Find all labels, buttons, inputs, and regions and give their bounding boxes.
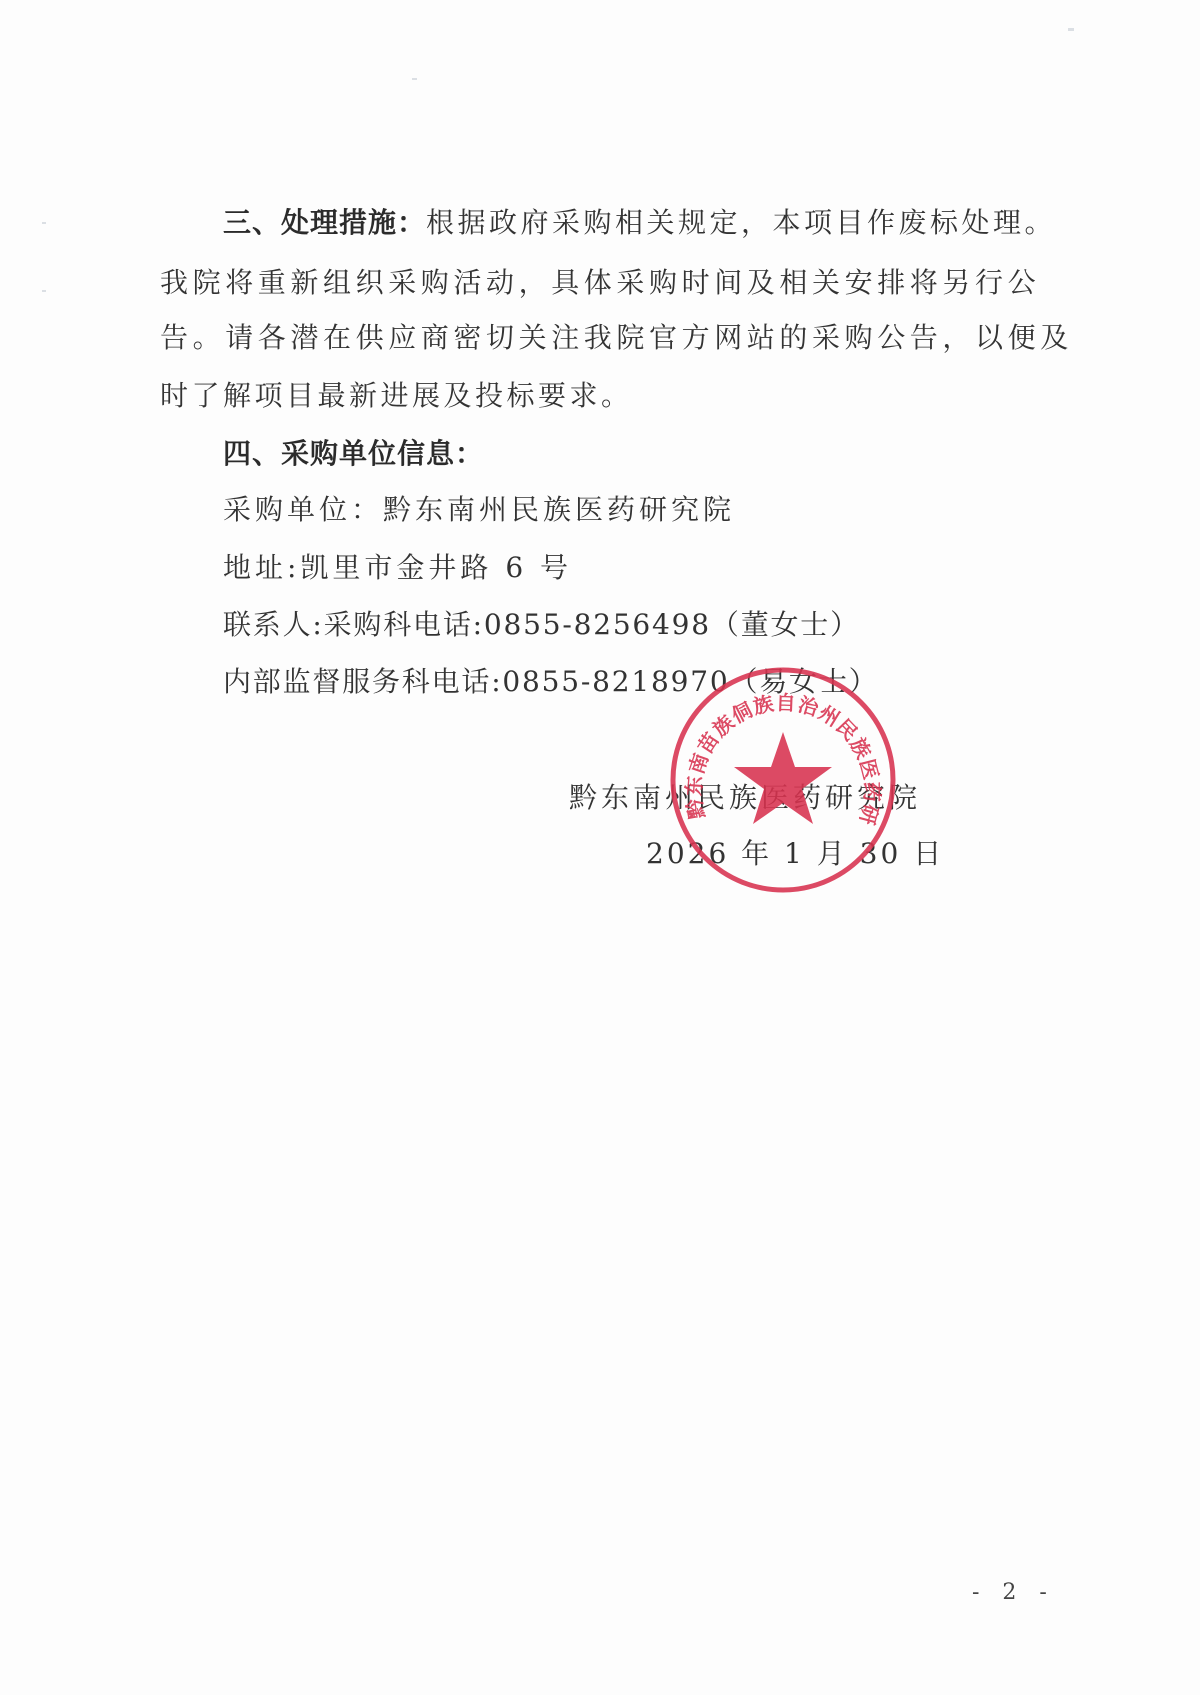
section3-first-line: 三、处理措施：根据政府采购相关规定，本项目作废标处理。 (223, 203, 1056, 243)
scan-speck (412, 78, 417, 80)
section4-heading: 四、采购单位信息： (223, 434, 484, 474)
scan-speck (42, 290, 46, 292)
scan-speck (42, 222, 46, 224)
document-page: 三、处理措施：根据政府采购相关规定，本项目作废标处理。 我院将重新组织采购活动，… (0, 0, 1200, 1695)
contact-phone: 联系人:采购科电话:0855-8256498（董女士） (223, 605, 860, 645)
section3-line: 我院将重新组织采购活动，具体采购时间及相关安排将另行公 (160, 263, 1040, 303)
address: 地址:凯里市金井路 6 号 (223, 548, 572, 588)
purchaser-unit: 采购单位：黔东南州民族医药研究院 (223, 490, 735, 530)
scan-speck (1068, 28, 1074, 31)
section3-line: 时了解项目最新进展及投标要求。 (160, 376, 633, 416)
section3-text: 根据政府采购相关规定，本项目作废标处理。 (426, 206, 1056, 239)
section3-heading: 三、处理措施： (223, 206, 426, 239)
signature-organization: 黔东南州民族医药研究院 (569, 778, 921, 818)
page-number: - 2 - (972, 1580, 1055, 1605)
supervision-phone: 内部监督服务科电话:0855-8218970（易女士） (223, 662, 878, 702)
section3-line: 告。请各潜在供应商密切关注我院官方网站的采购公告，以便及 (160, 318, 1073, 358)
signature-date: 2026 年 1 月 30 日 (646, 834, 944, 874)
